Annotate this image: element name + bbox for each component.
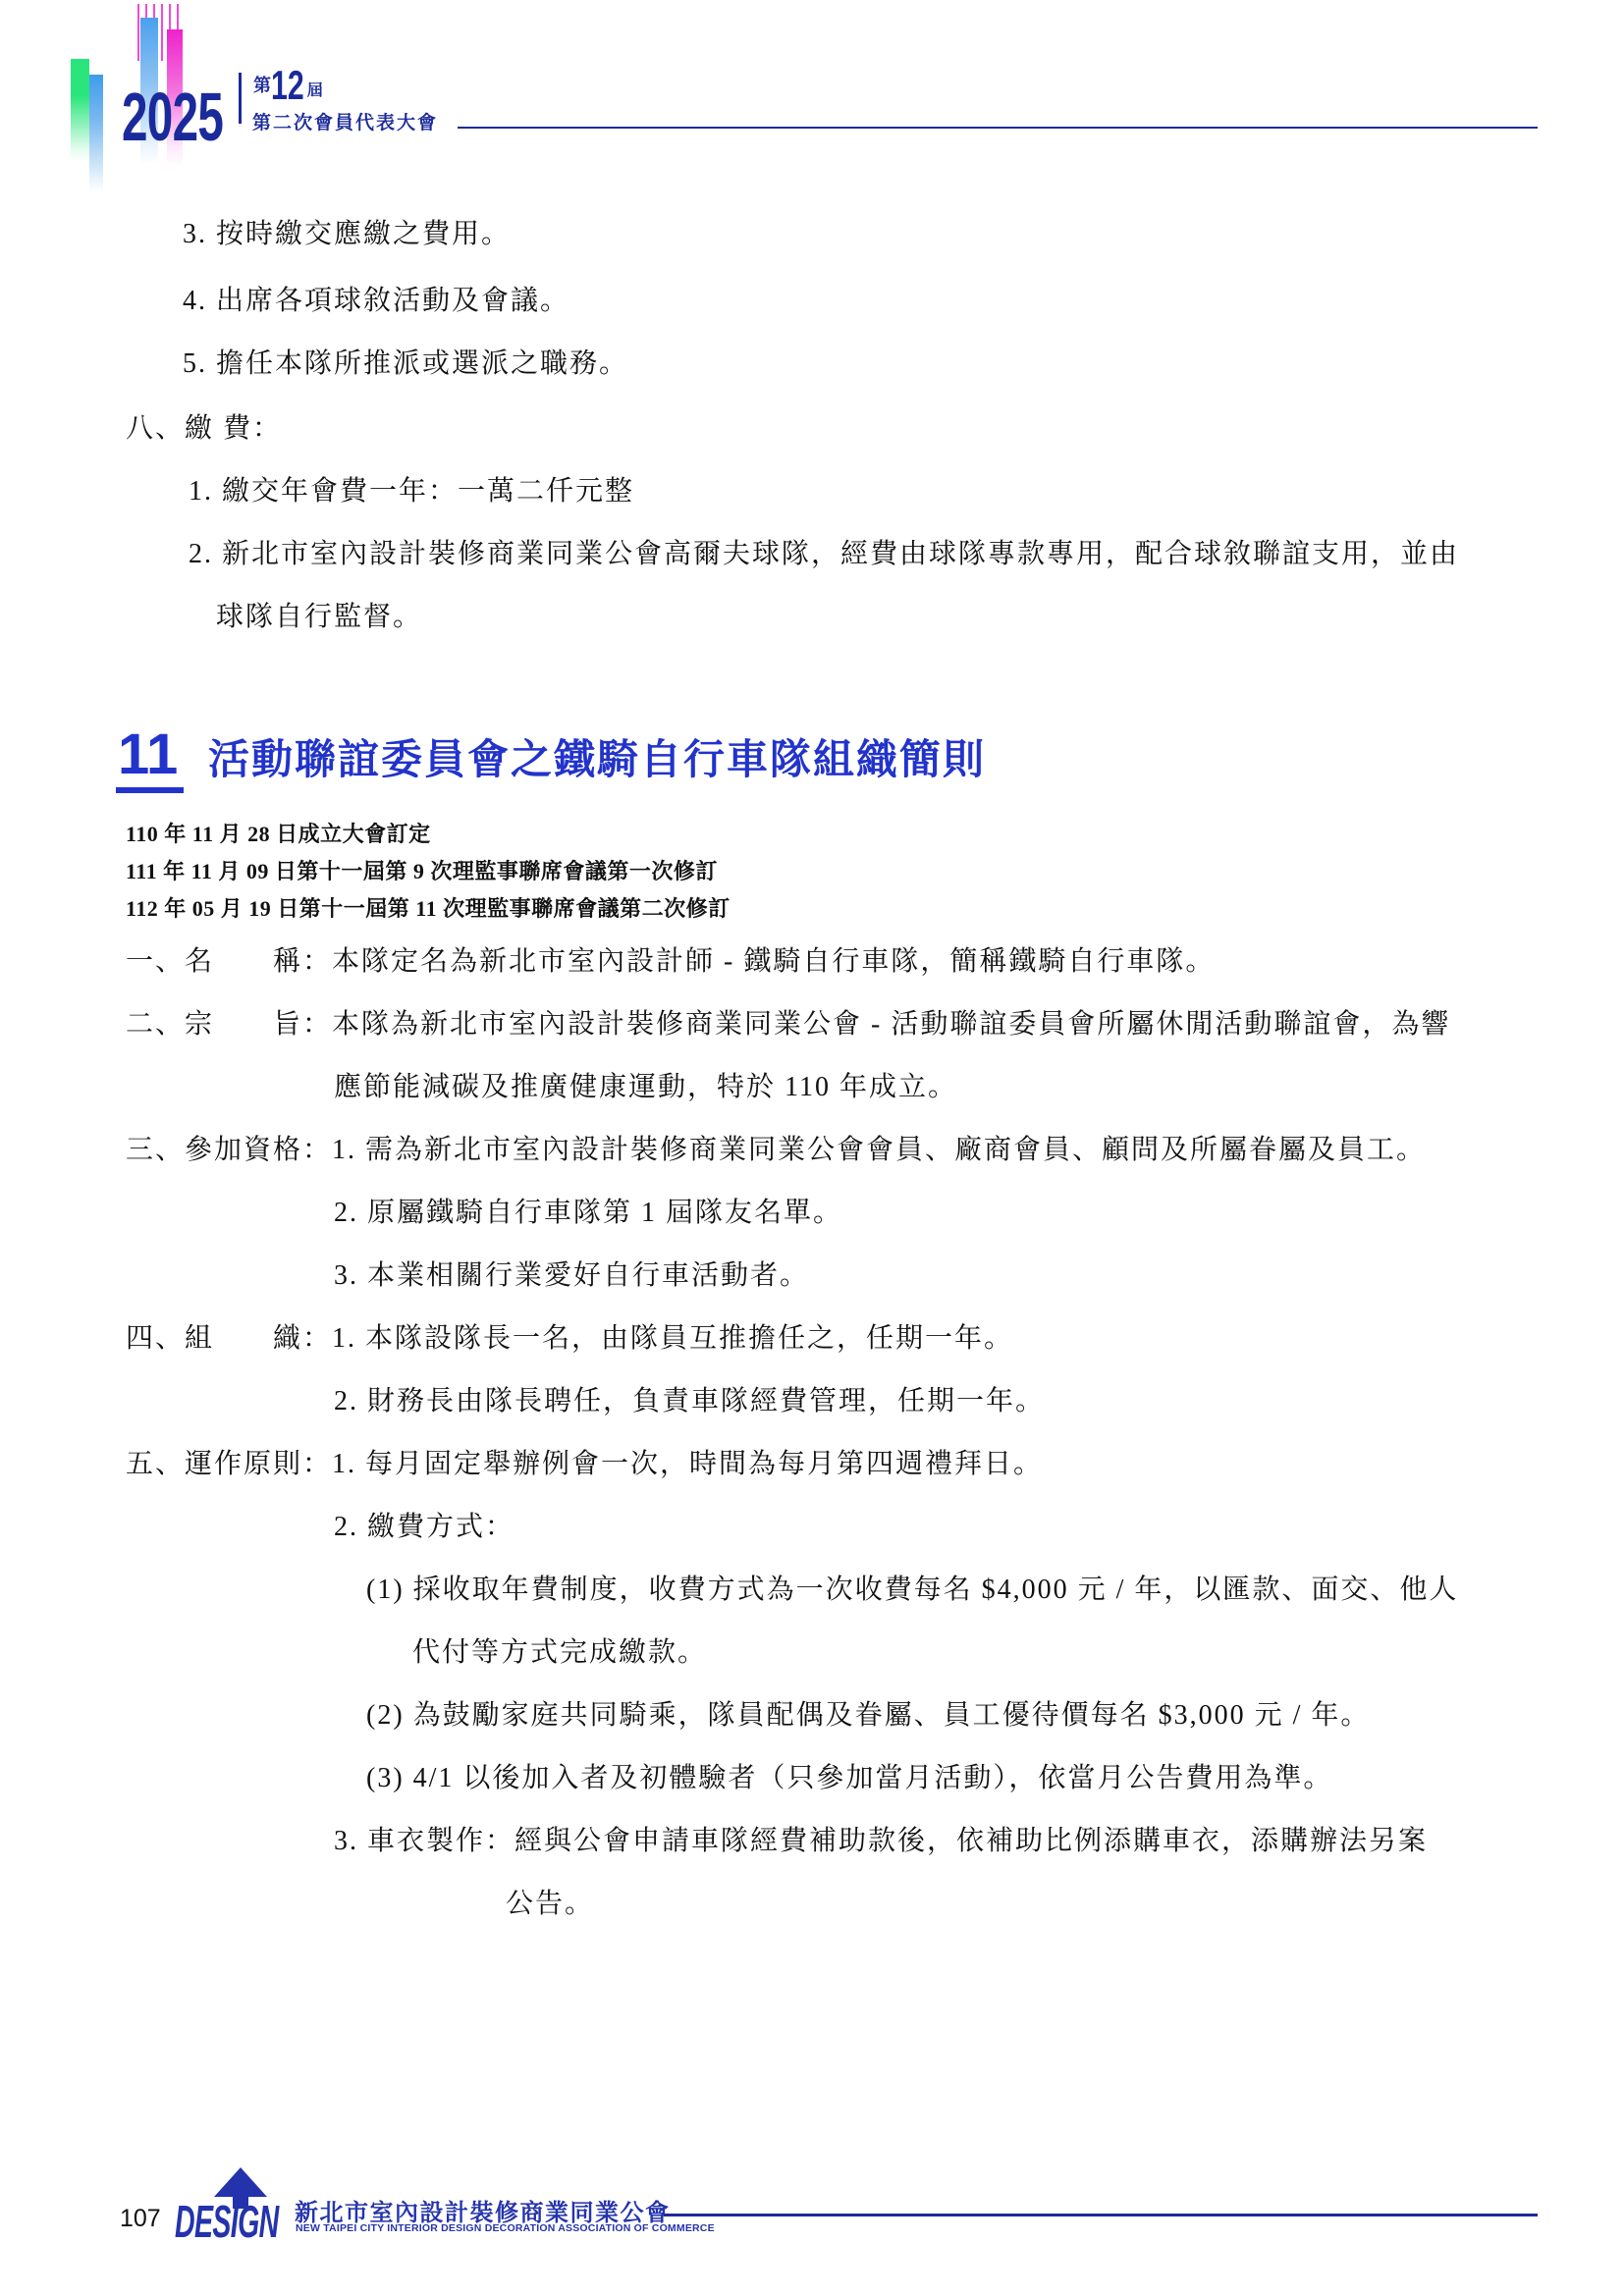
clause-subitem: 3. 車衣製作：經與公會申請車隊經費補助款後，依補助比例添購車衣，添購辦法另案 <box>334 1825 1428 1858</box>
clause-subsubitem: (2) 為鼓勵家庭共同騎乘，隊員配偶及眷屬、員工優待價每名 $3,000 元 /… <box>366 1699 1370 1733</box>
document-page: 2025 第12屆 第二次會員代表大會 3. 按時繳交應繳之費用。 4. 出席各… <box>0 0 1624 2296</box>
section-title: 活動聯誼委員會之鐵騎自行車隊組織簡則 <box>208 737 986 782</box>
header-divider <box>239 73 242 124</box>
clause-subitem: 2. 繳費方式： <box>334 1511 514 1544</box>
clause-line: 四、組 織：1. 本隊設隊長一名，由隊員互推擔任之，任期一年。 <box>126 1322 1013 1356</box>
clause-line-continuation: 應節能減碳及推廣健康運動，特於 110 年成立。 <box>334 1071 957 1104</box>
design-logo-arrow-stem <box>233 2195 248 2209</box>
list-item: 1. 繳交年會費一年：一萬二仟元整 <box>189 475 634 508</box>
edition-prefix: 第 <box>253 76 271 95</box>
list-item: 3. 按時繳交應繳之費用。 <box>183 218 511 251</box>
clause-subitem: 3. 本業相關行業愛好自行車活動者。 <box>334 1259 809 1293</box>
footer-org-name-en: NEW TAIPEI CITY INTERIOR DESIGN DECORATI… <box>296 2222 715 2234</box>
footer-rule <box>664 2214 1538 2216</box>
revision-note: 111 年 11 月 09 日第十一屆第 9 次理監事聯席會議第一次修訂 <box>126 855 718 885</box>
clause-line-continuation: 代付等方式完成繳款。 <box>412 1636 707 1670</box>
list-item-continuation: 球隊自行監督。 <box>216 601 422 634</box>
header-meeting-name: 第二次會員代表大會 <box>252 108 438 134</box>
list-item: 5. 擔任本隊所推派或選派之職務。 <box>183 347 628 381</box>
clause-subsubitem: (3) 4/1 以後加入者及初體驗者（只參加當月活動），依當月公告費用為準。 <box>366 1762 1332 1795</box>
clause-line: 一、名 稱：本隊定名為新北市室內設計師 - 鐵騎自行車隊，簡稱鐵騎自行車隊。 <box>126 945 1215 979</box>
design-logo-arrow-icon <box>214 2167 267 2197</box>
edition-number: 12 <box>271 65 304 106</box>
header-year: 2025 <box>122 82 223 151</box>
section-number: 11 <box>116 726 184 793</box>
page-number: 107 <box>120 2205 161 2233</box>
revision-note: 110 年 11 月 28 日成立大會訂定 <box>126 818 431 848</box>
clause-line-continuation: 公告。 <box>506 1888 594 1921</box>
header-edition: 第12屆 <box>253 65 323 106</box>
clause-line: 二、宗 旨：本隊為新北市室內設計裝修商業同業公會 - 活動聯誼委員會所屬休閒活動… <box>126 1008 1450 1041</box>
design-logo: DESIGN <box>175 2199 279 2244</box>
header-rule <box>458 127 1538 129</box>
revision-note: 112 年 05 月 19 日第十一屆第 11 次理監事聯席會議第二次修訂 <box>126 892 731 923</box>
clause-line: 五、運作原則：1. 每月固定舉辦例會一次，時間為每月第四週禮拜日。 <box>126 1448 1043 1481</box>
logo-bar-blue-left <box>89 75 103 192</box>
clause-heading: 八、繳 費： <box>126 412 282 446</box>
logo-bar-green <box>71 59 89 162</box>
clause-subitem: 2. 原屬鐵騎自行車隊第 1 屆隊友名單。 <box>334 1197 842 1230</box>
list-item: 2. 新北市室內設計裝修商業同業公會高爾夫球隊，經費由球隊專款專用，配合球敘聯誼… <box>189 538 1459 571</box>
clause-subsubitem: (1) 採收取年費制度，收費方式為一次收費每名 $4,000 元 / 年，以匯款… <box>366 1574 1458 1607</box>
clause-subitem: 2. 財務長由隊長聘任，負責車隊經費管理，任期一年。 <box>334 1385 1045 1418</box>
edition-suffix: 屆 <box>307 82 323 99</box>
clause-line: 三、參加資格：1. 需為新北市室內設計裝修商業同業公會會員、廠商會員、顧問及所屬… <box>126 1134 1426 1167</box>
list-item: 4. 出席各項球敘活動及會議。 <box>183 285 569 318</box>
